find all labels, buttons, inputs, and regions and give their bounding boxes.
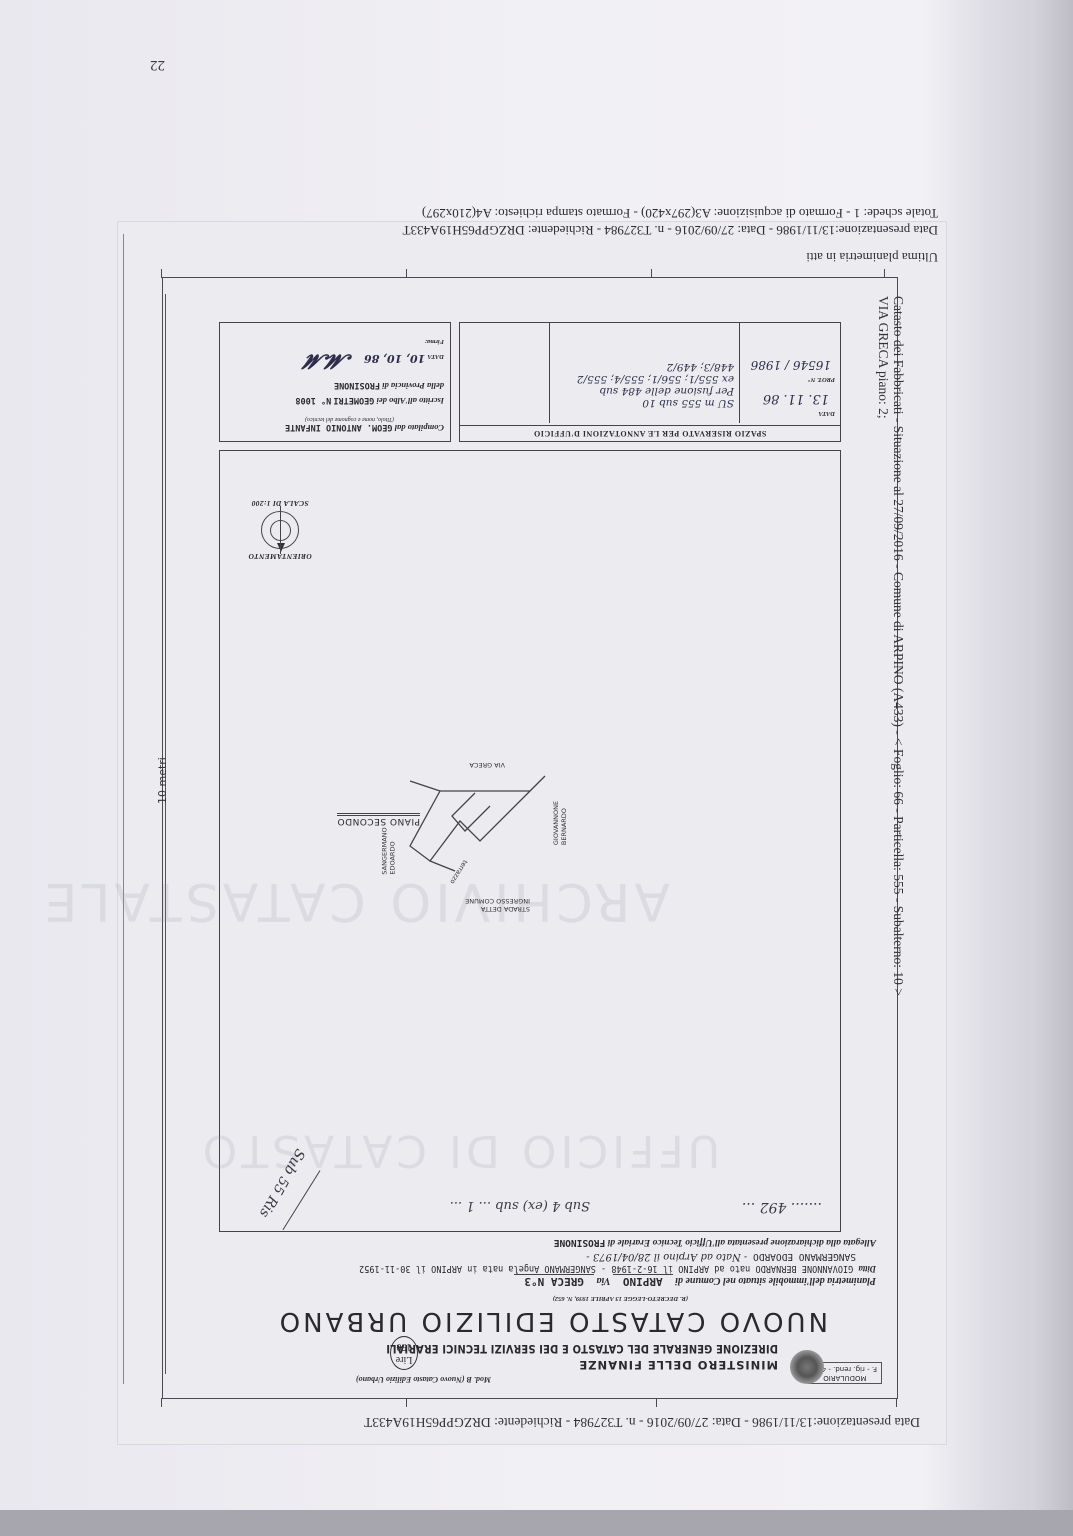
- via-greca-label: VIA GRECA: [469, 761, 505, 769]
- ultima-planimetria: Ultima planimetria in atti: [118, 249, 946, 266]
- office-annotations-title: SPAZIO RISERVATO PER LE ANNOTAZIONI D'UF…: [460, 425, 840, 441]
- office-annotations-box: SPAZIO RISERVATO PER LE ANNOTAZIONI D'UF…: [459, 322, 841, 442]
- page-number: 22: [150, 56, 165, 73]
- ditta-line-2: SANGERMANO EDOARDO - Nato ad Arpino il 2…: [586, 1251, 856, 1262]
- handwritten-note-2: Sub 4 (ex) sub ... 1 ...: [450, 1198, 590, 1213]
- scale-bar-label: 10 metri: [156, 757, 169, 804]
- model-reference: Mod. B (Nuovo Catasto Edilizio Urbano): [356, 1375, 491, 1384]
- annotation-notes: SU m 555 sub 10 Per fusione delle 484 su…: [550, 347, 740, 423]
- catasto-vertical-note: Catasto dei Fabbricati - Situazione al 2…: [876, 296, 906, 996]
- scanner-edge: [1030, 0, 1073, 1510]
- footer-info: Ultima planimetria in atti Data presenta…: [118, 205, 946, 270]
- via-value: GRECA N°3: [514, 1274, 594, 1288]
- orientation-block: ORIENTAMENTO SCALA DI 1:200: [240, 499, 320, 561]
- floor-plan-drawing-area: UFFICIO DI CATASTO ARCHIVIO CATASTALE ..…: [219, 450, 841, 1232]
- lire-stamp: Lire 150: [390, 1336, 418, 1370]
- ditta-line: Ditta GIOVANNONE BERNARDO nato ad ARPINO…: [359, 1263, 876, 1274]
- scale-bar: [165, 294, 166, 1374]
- scale-edge-line: [123, 234, 124, 1384]
- strada-label: STRADA DETTA INGRESSO COMUNE: [465, 897, 530, 913]
- footer-presentation: Data presentazione:13/11/1986 - Data: 27…: [118, 222, 946, 239]
- compiler-name: GEOM. ANTONIO INFANTE: [285, 422, 392, 432]
- allegata-line: Allegata alla dichiarazione presentata a…: [554, 1237, 876, 1248]
- handwritten-note-3: ....... 492 ...: [742, 1199, 822, 1215]
- floor-plan-sketch: [400, 771, 550, 901]
- footer-totale: Totale schede: 1 - Formato di acquisizio…: [118, 205, 946, 222]
- annotation-date: 13. 11. 86: [745, 391, 829, 406]
- scanner-bottom-band: [0, 1510, 1073, 1536]
- compile-date: 10, 10, 86: [364, 352, 425, 365]
- confine-label-2: GIOVANNONE BERNARDO: [552, 801, 568, 845]
- cadastral-sheet: Data presentazione:13/11/1986 - Data: 27…: [118, 222, 946, 1444]
- republic-emblem-icon: [790, 1350, 824, 1384]
- comune-value: ARPINO: [613, 1274, 673, 1288]
- header-presentation-line: Data presentazione:13/11/1986 - Data: 27…: [364, 1414, 920, 1430]
- compiled-by-box: Compilato dal GEOM. ANTONIO INFANTE (Tit…: [219, 322, 451, 442]
- signature: 𝓜𝓜: [307, 350, 352, 374]
- ufficio-value: FROSINONE: [554, 1237, 605, 1248]
- ministry-name: MINISTERO DELLE FINANZE: [578, 1358, 778, 1372]
- piano-label: PIANO SECONDO: [337, 813, 420, 826]
- directorate-name: DIREZIONE GENERALE DEL CATASTO E DEI SER…: [386, 1342, 778, 1356]
- compass-icon: [261, 511, 299, 549]
- confine-label-1: SANGERMANO EDOARDO: [380, 827, 396, 874]
- form-title: NUOVO CATASTO EDILIZIO URBANO: [277, 1306, 828, 1336]
- plan-location-line: Planimetria dell'immobile situato nel Co…: [514, 1275, 876, 1288]
- decree-reference: (R. DECRETO-LEGGE 13 APRILE 1939, N. 652…: [553, 1295, 688, 1302]
- annotation-protocol: 16546 / 1986: [745, 358, 831, 372]
